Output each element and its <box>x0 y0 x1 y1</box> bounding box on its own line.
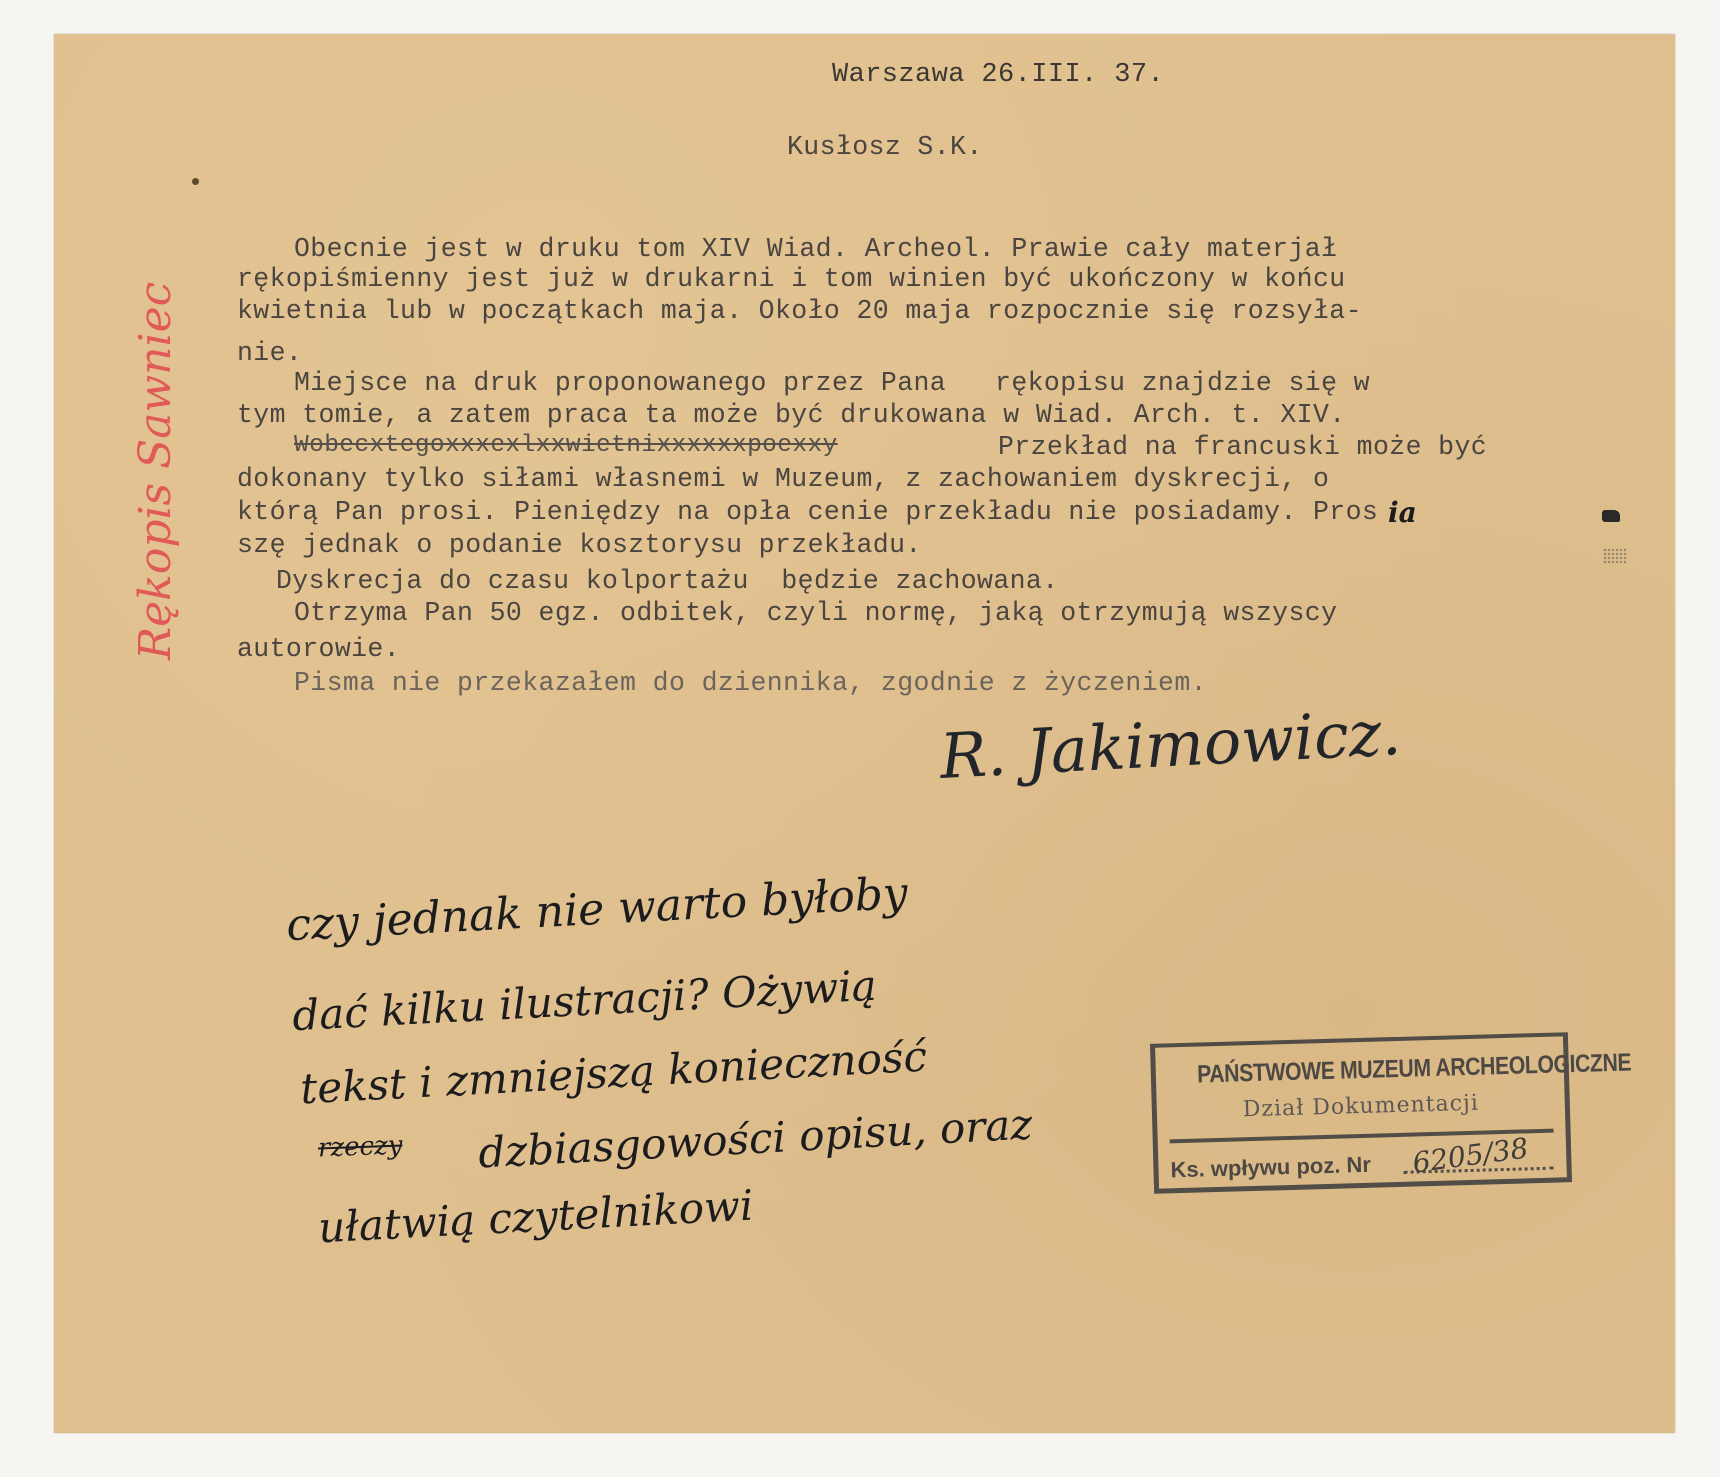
body-line-13: autorowie. <box>237 636 400 663</box>
stamp-register-number: 6205/38 <box>1411 1131 1531 1179</box>
body-line-1: Obecnie jest w druku tom XIV Wiad. Arche… <box>294 236 1337 263</box>
ink-dot <box>192 178 199 185</box>
handwritten-correction: ia <box>1388 496 1417 529</box>
body-line-7: Przekład na francuski może być <box>998 434 1487 461</box>
struck-out-text: Wobecxtegoxxxexlxxwietnixxxxxxpoexxy <box>294 434 838 459</box>
handwritten-struck-word: rzeczy <box>318 1133 403 1162</box>
body-line-4: nie. <box>237 340 302 367</box>
body-line-14: Pisma nie przekazałem do dziennika, zgod… <box>294 670 1207 697</box>
body-line-11: Dyskrecja do czasu kolportażu będzie zac… <box>276 568 1059 595</box>
place-date: Warszawa 26.III. 37. <box>832 62 1164 89</box>
body-line-5: Miejsce na druk proponowanego przez Pana… <box>294 370 1370 397</box>
body-line-12: Otrzyma Pan 50 egz. odbitek, czyli normę… <box>294 600 1337 627</box>
body-line-10: szę jednak o podanie kosztorysu przekład… <box>237 532 922 559</box>
speck-marks <box>1603 548 1627 564</box>
body-line-6: tym tomie, a zatem praca ta może być dru… <box>237 402 1346 429</box>
body-line-2: rękopiśmienny jest już w drukarni i tom … <box>237 266 1346 293</box>
stamp-institution: PAŃSTWOWE MUZEUM ARCHEOLOGICZNE <box>1197 1051 1529 1089</box>
museum-stamp: PAŃSTWOWE MUZEUM ARCHEOLOGICZNE Dział Do… <box>1150 1032 1572 1194</box>
stamp-department: Dział Dokumentacji <box>1157 1088 1566 1124</box>
body-line-9: którą Pan prosi. Pieniędzy na opła cenie… <box>237 499 1378 526</box>
red-margin-note: Rękopis Sawniec <box>130 282 181 660</box>
stamp-register-label: Ks. wpływu poz. Nr <box>1170 1152 1371 1184</box>
ink-smudge <box>1602 510 1620 522</box>
body-line-8: dokonany tylko siłami własnemi w Muzeum,… <box>237 466 1329 493</box>
addressee: Kusłosz S.K. <box>787 134 983 161</box>
body-line-3: kwietnia lub w początkach maja. Około 20… <box>237 298 1362 325</box>
